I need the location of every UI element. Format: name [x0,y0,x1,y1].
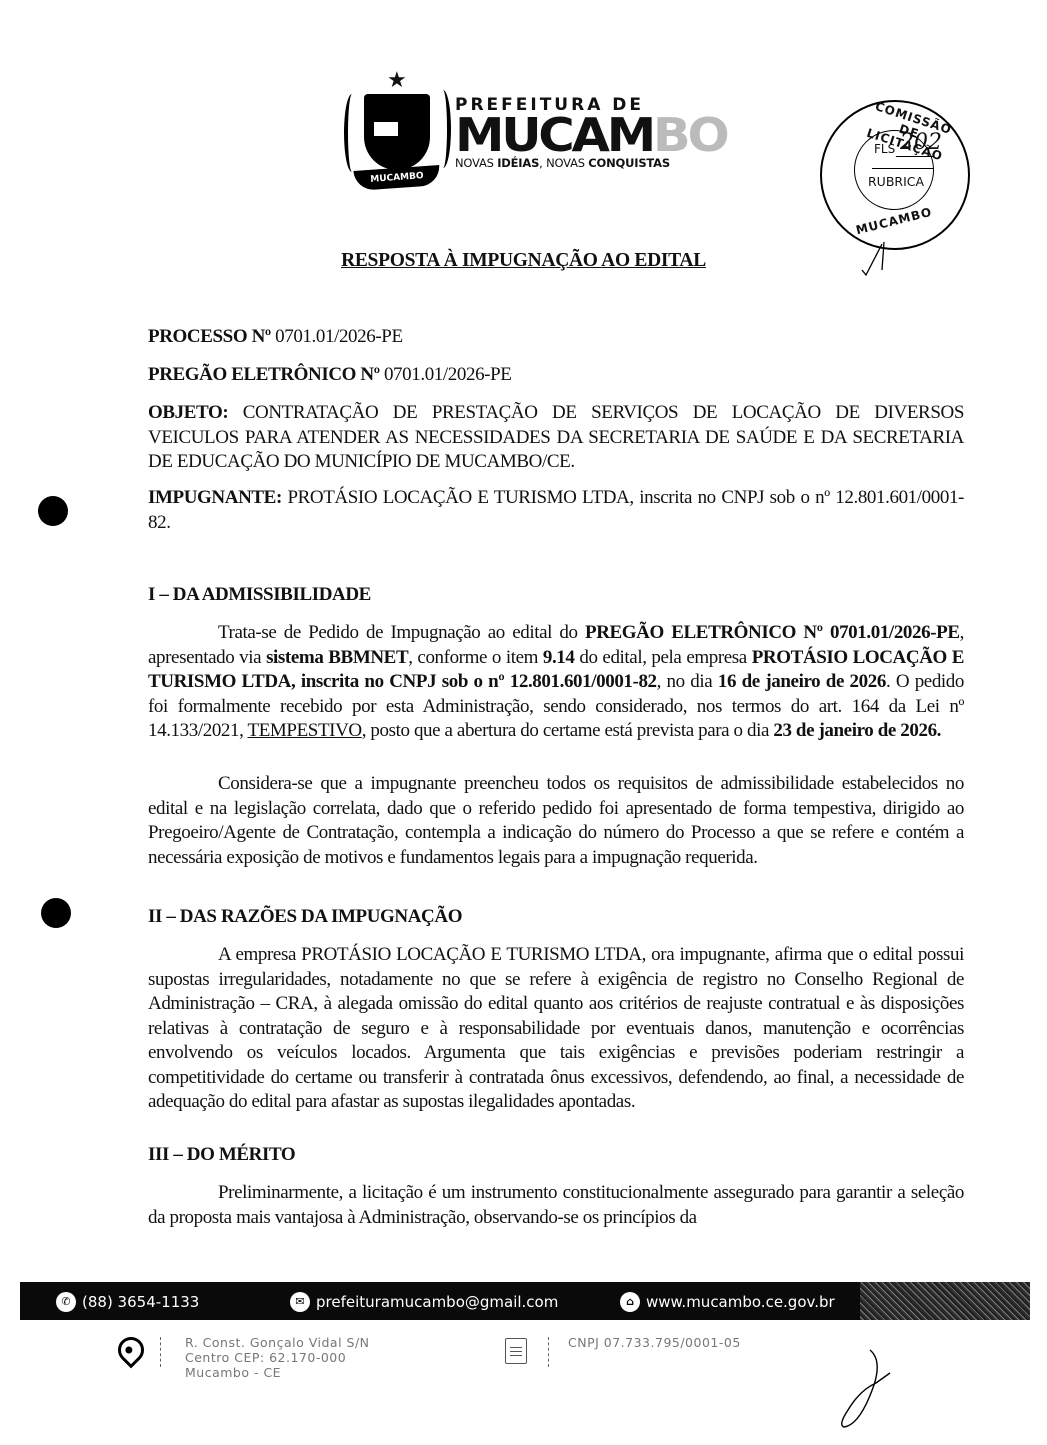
coat-of-arms: ★ MUCAMBO [340,70,455,195]
paragraph-admissibilidade-2: Considera-se que a impugnante preencheu … [148,772,964,870]
punch-hole [41,898,71,928]
globe-icon: ⌂ [620,1292,640,1312]
footer-cnpj: CNPJ 07.733.795/0001-05 [568,1335,741,1350]
stamp-fls-number: 202 [900,130,942,155]
punch-hole [38,496,68,526]
brand-text: PREFEITURA DE MUCAMBO NOVAS IDÉIAS, NOVA… [455,96,706,170]
paragraph-razoes: A empresa PROTÁSIO LOCAÇÃO E TURISMO LTD… [148,943,964,1115]
star-icon: ★ [387,70,407,92]
document-icon [505,1338,527,1364]
paragraph-admissibilidade-1: Trata-se de Pedido de Impugnação ao edit… [148,621,964,744]
footer-phone: ✆(88) 3654-1133 [56,1292,199,1312]
impugnante-field: IMPUGNANTE: PROTÁSIO LOCAÇÃO E TURISMO L… [148,486,964,535]
objeto-field: OBJETO: CONTRATAÇÃO DE PRESTAÇÃO DE SERV… [148,401,964,475]
phone-icon: ✆ [56,1292,76,1312]
section-heading-admissibilidade: I – DA ADMISSIBILIDADE [148,583,964,608]
footer-address: R. Const. Gonçalo Vidal S/N Centro CEP: … [185,1335,370,1380]
footer-contact-bar: ✆(88) 3654-1133 ✉prefeituramucambo@gmail… [20,1282,1030,1320]
document-title: RESPOSTA À IMPUGNAÇÃO AO EDITAL [0,250,1047,272]
mail-icon: ✉ [290,1292,310,1312]
brand-line2: MUCAMBO [455,114,727,156]
corn-plant-icon [344,94,360,172]
section-heading-merito: III – DO MÉRITO [148,1143,964,1168]
stamp-rubrica-label: RUBRICA [868,174,924,189]
footer-email: ✉prefeituramucambo@gmail.com [290,1292,558,1312]
location-pin-icon [113,1332,150,1369]
section-heading-razoes: II – DAS RAZÕES DA IMPUGNAÇÃO [148,905,964,930]
footer-website: ⌂www.mucambo.ce.gov.br [620,1292,835,1312]
pregao-line: PREGÃO ELETRÔNICO Nº 0701.01/2026-PE [148,363,964,388]
licitacao-stamp: COMISSÃO DE LICITAÇÃO FLS 202 RUBRICA MU… [820,100,970,250]
paragraph-merito: Preliminarmente, a licitação é um instru… [148,1181,964,1230]
document-page: ★ MUCAMBO PREFEITURA DE MUCAMBO NOVAS ID… [0,0,1047,1445]
stamp-fls-label: FLS [874,142,895,156]
handwritten-signature [830,1345,900,1430]
municipality-logo: ★ MUCAMBO PREFEITURA DE MUCAMBO NOVAS ID… [340,70,706,195]
processo-line: PROCESSO Nº 0701.01/2026-PE [148,325,964,350]
cotton-plant-icon [435,90,451,168]
crest-ribbon: MUCAMBO [353,165,440,191]
